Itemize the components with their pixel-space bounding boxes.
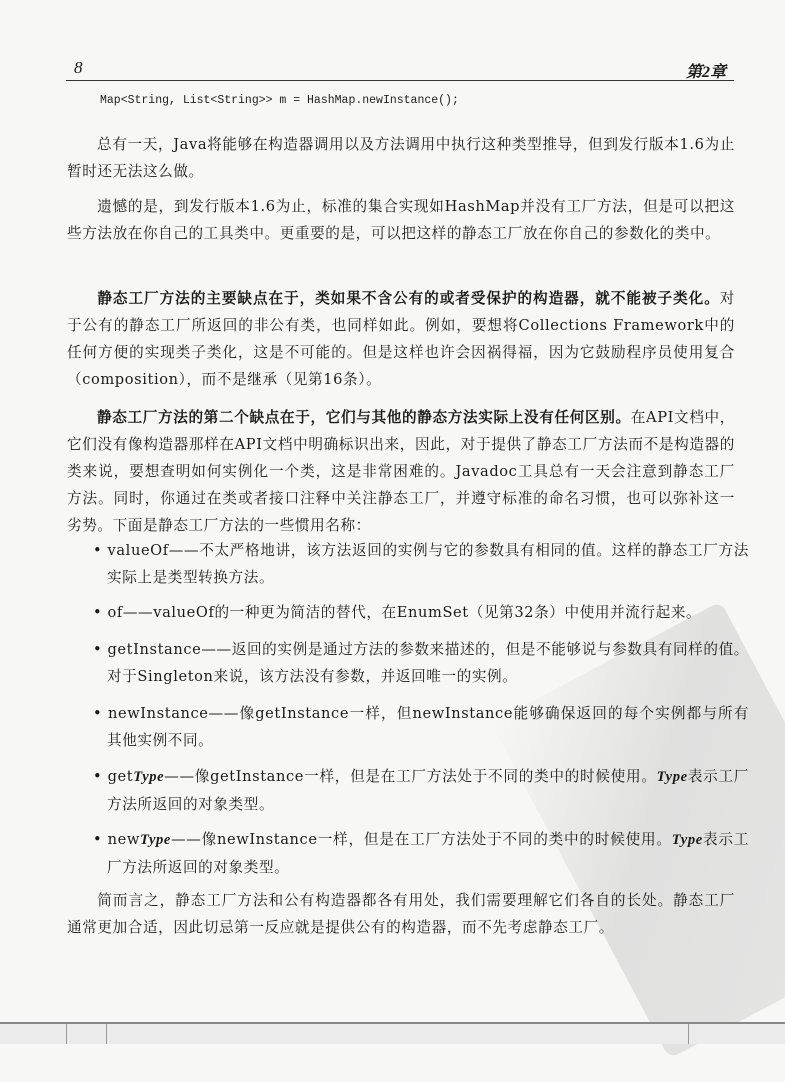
bullet-term-italic: Type bbox=[140, 832, 171, 848]
bullet-text: ——像getInstance一样，但是在工厂方法处于不同的类中的时候使用。 bbox=[164, 768, 656, 785]
paragraph-text: 遗憾的是，到发行版本1.6为止，标准的集合实现如HashMap并没有工厂方法，但… bbox=[67, 198, 735, 242]
emphasis-text: 静态工厂方法的第二个缺点在于，它们与其他的静态方法实际上没有任何区别。 bbox=[97, 409, 631, 426]
bullet-term-italic: Type bbox=[133, 769, 164, 785]
paragraph-summary: 简而言之，静态工厂方法和公有构造器都各有用处，我们需要理解它们各自的长处。静态工… bbox=[67, 887, 735, 941]
bullet-text: ——不太严格地讲，该方法返回的实例与它的参数具有相同的值。这样的静态工厂方法实际… bbox=[107, 542, 749, 586]
page-bottom-strip bbox=[0, 1024, 785, 1044]
code-snippet: Map<String, List<String>> m = HashMap.ne… bbox=[100, 94, 459, 107]
bullet-term: • valueOf bbox=[93, 542, 169, 559]
list-item-getinstance: • getInstance——返回的实例是通过方法的参数来描述的，但是不能够说与… bbox=[93, 636, 749, 690]
bullet-text: ——valueOf的一种更为简洁的替代，在EnumSet（见第32条）中使用并流… bbox=[123, 604, 701, 621]
page-header: 8 第2章 bbox=[66, 58, 734, 81]
divider bbox=[688, 1024, 689, 1044]
divider bbox=[66, 1024, 67, 1044]
bullet-term: • new bbox=[93, 831, 140, 848]
page-number: 8 bbox=[74, 58, 83, 78]
list-item-gettype: • getType——像getInstance一样，但是在工厂方法处于不同的类中… bbox=[93, 763, 749, 818]
bullet-text: ——像newInstance一样，但是在工厂方法处于不同的类中的时候使用。 bbox=[171, 831, 672, 848]
bullet-term: • newInstance bbox=[93, 705, 209, 722]
type-italic: Type bbox=[672, 832, 703, 848]
paragraph-disadvantage-1: 静态工厂方法的主要缺点在于，类如果不含公有的或者受保护的构造器，就不能被子类化。… bbox=[67, 285, 735, 393]
bullet-term: • get bbox=[93, 768, 133, 785]
chapter-label: 第2章 bbox=[686, 59, 726, 82]
type-italic: Type bbox=[657, 769, 688, 785]
bullet-text: ——返回的实例是通过方法的参数来描述的，但是不能够说与参数具有同样的值。对于Si… bbox=[107, 641, 749, 685]
list-item-newtype: • newType——像newInstance一样，但是在工厂方法处于不同的类中… bbox=[93, 826, 749, 881]
paragraph-text: 总有一天，Java将能够在构造器调用以及方法调用中执行这种类型推导，但到发行版本… bbox=[67, 136, 735, 180]
paragraph-text: 在API文档中，它们没有像构造器那样在API文档中明确标识出来，因此，对于提供了… bbox=[67, 409, 735, 534]
scanned-book-page: 8 第2章 Map<String, List<String>> m = Hash… bbox=[0, 0, 785, 1082]
paragraph-disadvantage-2: 静态工厂方法的第二个缺点在于，它们与其他的静态方法实际上没有任何区别。在API文… bbox=[67, 404, 735, 539]
paragraph-text: 简而言之，静态工厂方法和公有构造器都各有用处，我们需要理解它们各自的长处。静态工… bbox=[67, 892, 735, 936]
bullet-term: • getInstance bbox=[93, 641, 201, 658]
divider bbox=[106, 1024, 107, 1044]
bullet-term: • of bbox=[93, 604, 123, 621]
list-item-newinstance: • newInstance——像getInstance一样，但newInstan… bbox=[93, 700, 749, 754]
paragraph-type-inference: 总有一天，Java将能够在构造器调用以及方法调用中执行这种类型推导，但到发行版本… bbox=[67, 131, 735, 185]
list-item-of: • of——valueOf的一种更为简洁的替代，在EnumSet（见第32条）中… bbox=[93, 599, 749, 626]
paragraph-hashmap: 遗憾的是，到发行版本1.6为止，标准的集合实现如HashMap并没有工厂方法，但… bbox=[67, 193, 735, 247]
emphasis-text: 静态工厂方法的主要缺点在于，类如果不含公有的或者受保护的构造器，就不能被子类化。 bbox=[97, 290, 720, 307]
list-item-valueof: • valueOf——不太严格地讲，该方法返回的实例与它的参数具有相同的值。这样… bbox=[93, 537, 749, 591]
